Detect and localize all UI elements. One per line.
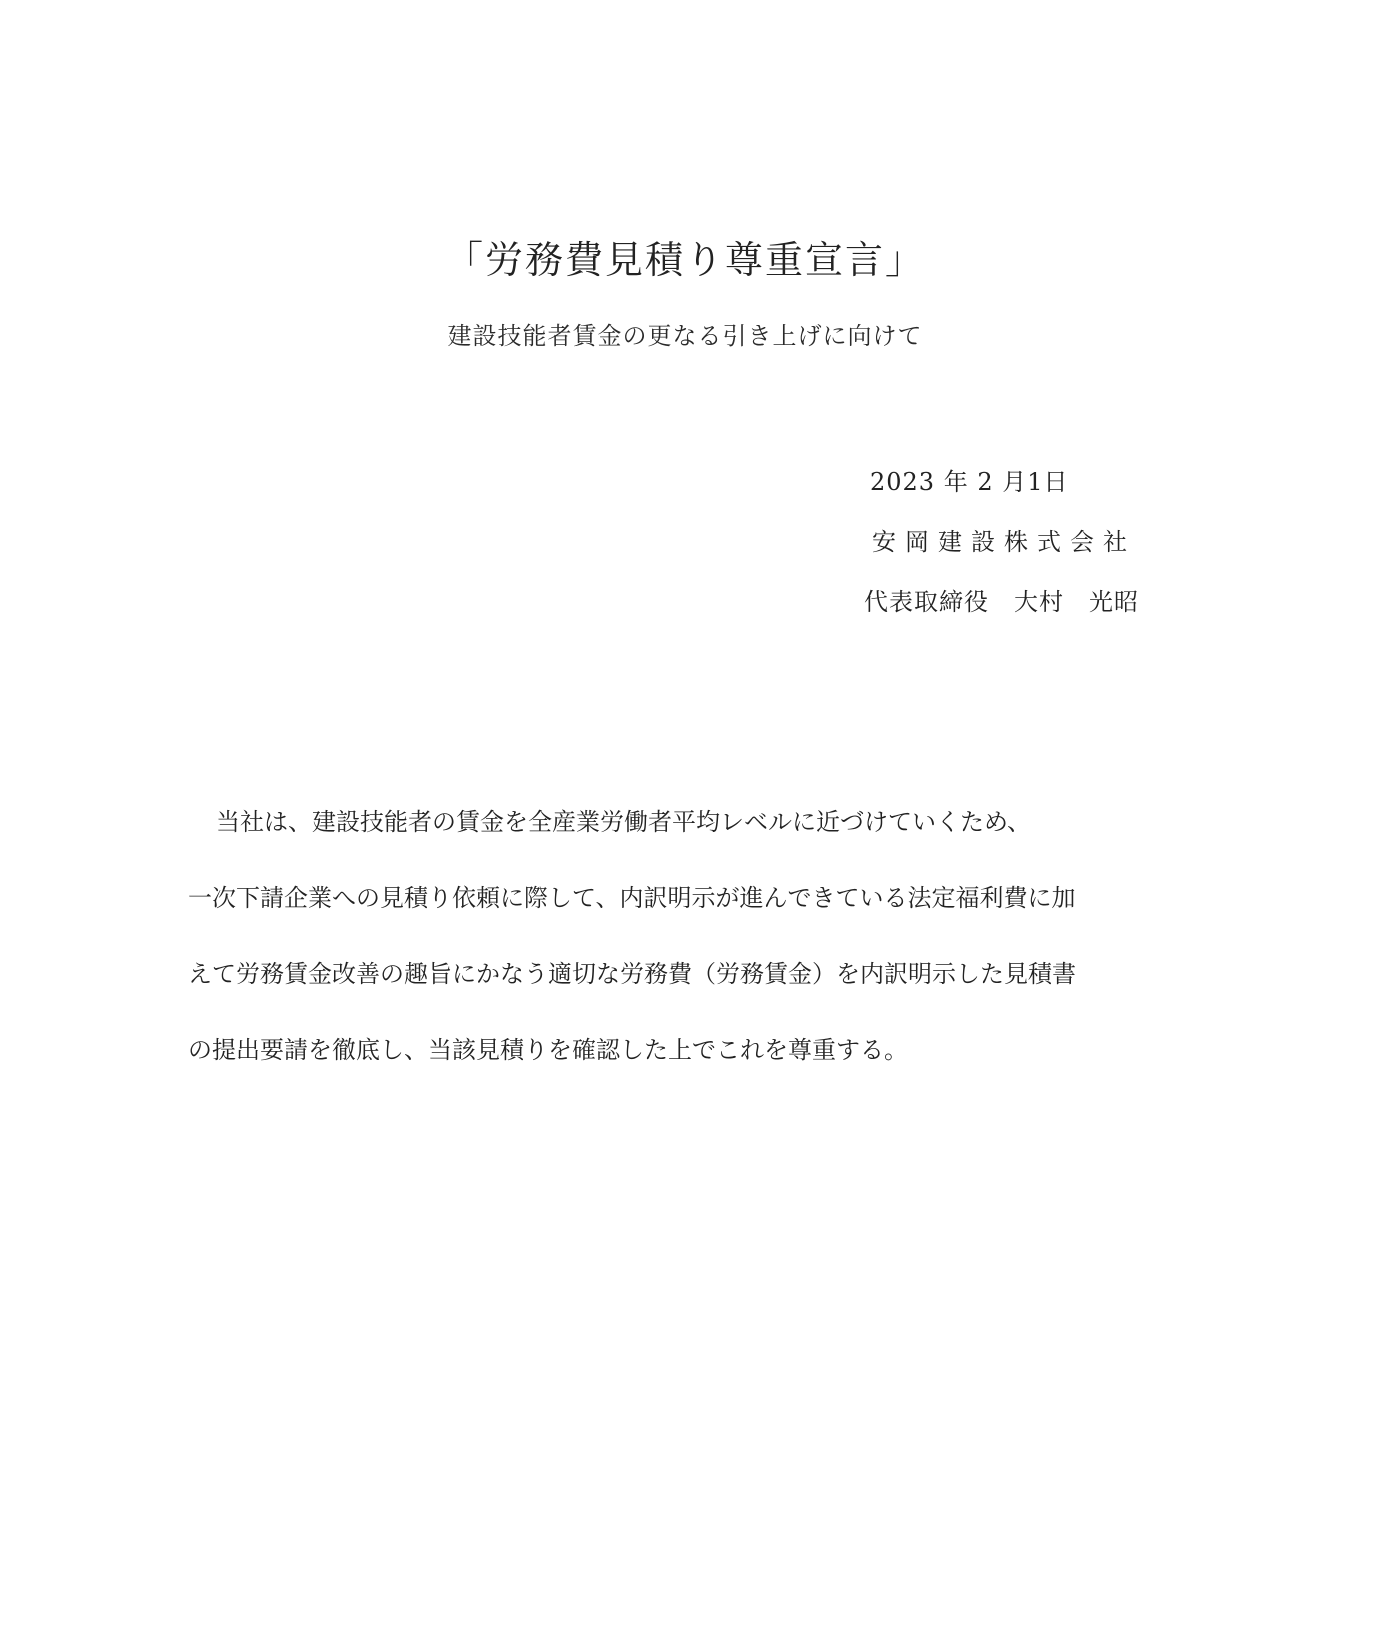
- document-subtitle: 建設技能者賃金の更なる引き上げに向けて: [0, 320, 1370, 352]
- signature-representative: 代表取締役 大村 光昭: [864, 586, 1139, 618]
- body-line: 一次下請企業への見積り依頼に際して、内訳明示が進んできている法定福利費に加: [188, 882, 1168, 914]
- body-line: 当社は、建設技能者の賃金を全産業労働者平均レベルに近づけていくため、: [216, 806, 1196, 838]
- signature-date: 2023 年 2 月1日: [870, 466, 1069, 498]
- signature-company: 安岡建設株式会社: [872, 526, 1136, 558]
- body-line: えて労務賃金改善の趣旨にかなう適切な労務費（労務賃金）を内訳明示した見積書: [188, 958, 1168, 990]
- document-title: 「労務費見積り尊重宣言」: [0, 236, 1370, 284]
- body-line: の提出要請を徹底し、当該見積りを確認した上でこれを尊重する。: [188, 1034, 1168, 1066]
